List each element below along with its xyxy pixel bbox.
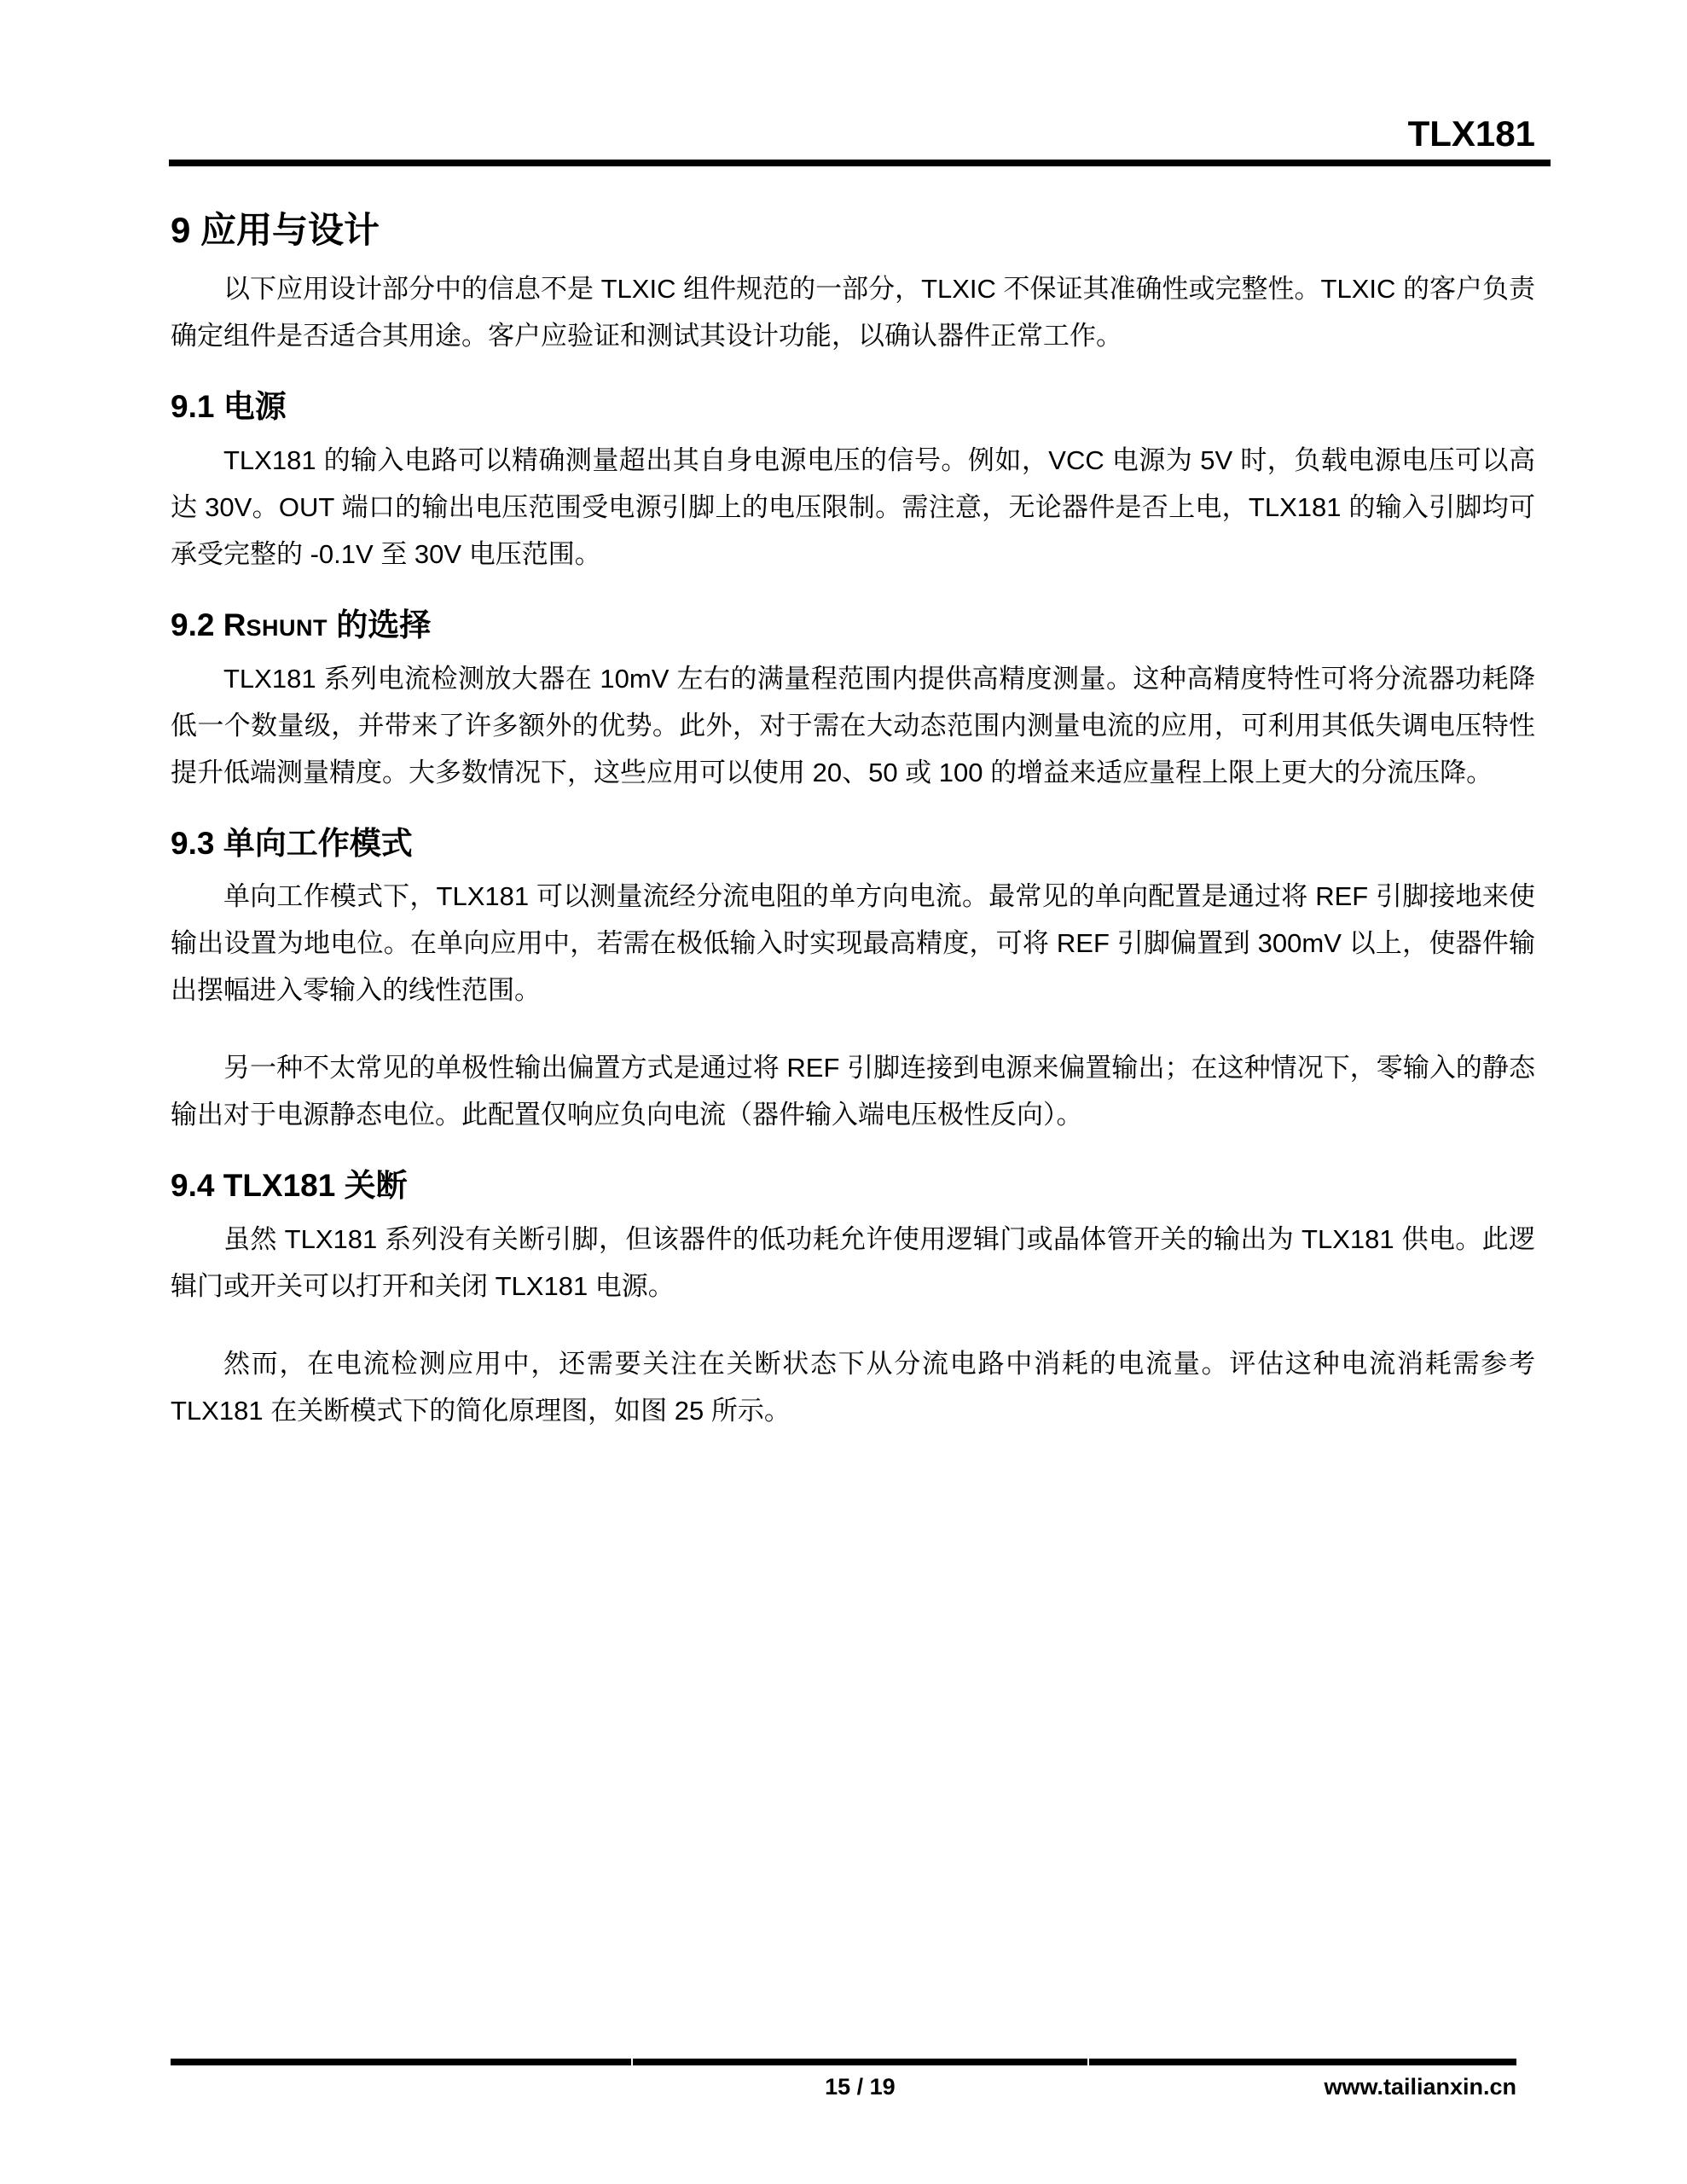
- section-9-4-heading: 9.4 TLX181 关断: [171, 1169, 1535, 1204]
- section-9-3-paragraph-1: 单向工作模式下，TLX181 可以测量流经分流电阻的单方向电流。最常见的单向配置…: [171, 873, 1535, 1014]
- product-name: TLX181: [169, 116, 1551, 152]
- section-9-4-paragraph-2: 然而，在电流检测应用中，还需要关注在关断状态下从分流电路中消耗的电流量。评估这种…: [171, 1340, 1535, 1434]
- section-9-2-heading: 9.2 RSHUNT 的选择: [171, 608, 1535, 643]
- section-9-3-heading: 9.3 单向工作模式: [171, 827, 1535, 862]
- footer-spacer: [171, 2059, 631, 2100]
- website-link[interactable]: www.tailianxin.cn: [1324, 2074, 1516, 2100]
- page-number: 15 / 19: [633, 2059, 1087, 2100]
- section-9-paragraph: 以下应用设计部分中的信息不是 TLXIC 组件规范的一部分，TLXIC 不保证其…: [171, 265, 1535, 359]
- section-9-2-heading-suffix: 的选择: [328, 607, 431, 642]
- section-9-4-paragraph-1: 虽然 TLX181 系列没有关断引脚，但该器件的低功耗允许使用逻辑门或晶体管开关…: [171, 1216, 1535, 1310]
- section-9-3-paragraph-2: 另一种不太常见的单极性输出偏置方式是通过将 REF 引脚连接到电源来偏置输出；在…: [171, 1044, 1535, 1138]
- footer-website-cell: www.tailianxin.cn: [1089, 2059, 1516, 2100]
- section-9-2-paragraph: TLX181 系列电流检测放大器在 10mV 左右的满量程范围内提供高精度测量。…: [171, 655, 1535, 796]
- doc-body: 9 应用与设计 以下应用设计部分中的信息不是 TLXIC 组件规范的一部分，TL…: [171, 211, 1535, 1434]
- section-9-2-heading-subscript: SHUNT: [246, 615, 328, 641]
- header-rule: [169, 160, 1551, 166]
- section-9-2-heading-prefix: 9.2 R: [171, 607, 246, 642]
- doc-footer: 15 / 19 www.tailianxin.cn: [171, 2059, 1516, 2100]
- section-9-1-paragraph: TLX181 的输入电路可以精确测量超出其自身电源电压的信号。例如，VCC 电源…: [171, 437, 1535, 578]
- doc-header: TLX181: [0, 0, 1687, 166]
- datasheet-page: TLX181 9 应用与设计 以下应用设计部分中的信息不是 TLXIC 组件规范…: [0, 0, 1687, 2184]
- section-9-1-heading: 9.1 电源: [171, 390, 1535, 425]
- section-9-heading: 9 应用与设计: [171, 211, 1535, 250]
